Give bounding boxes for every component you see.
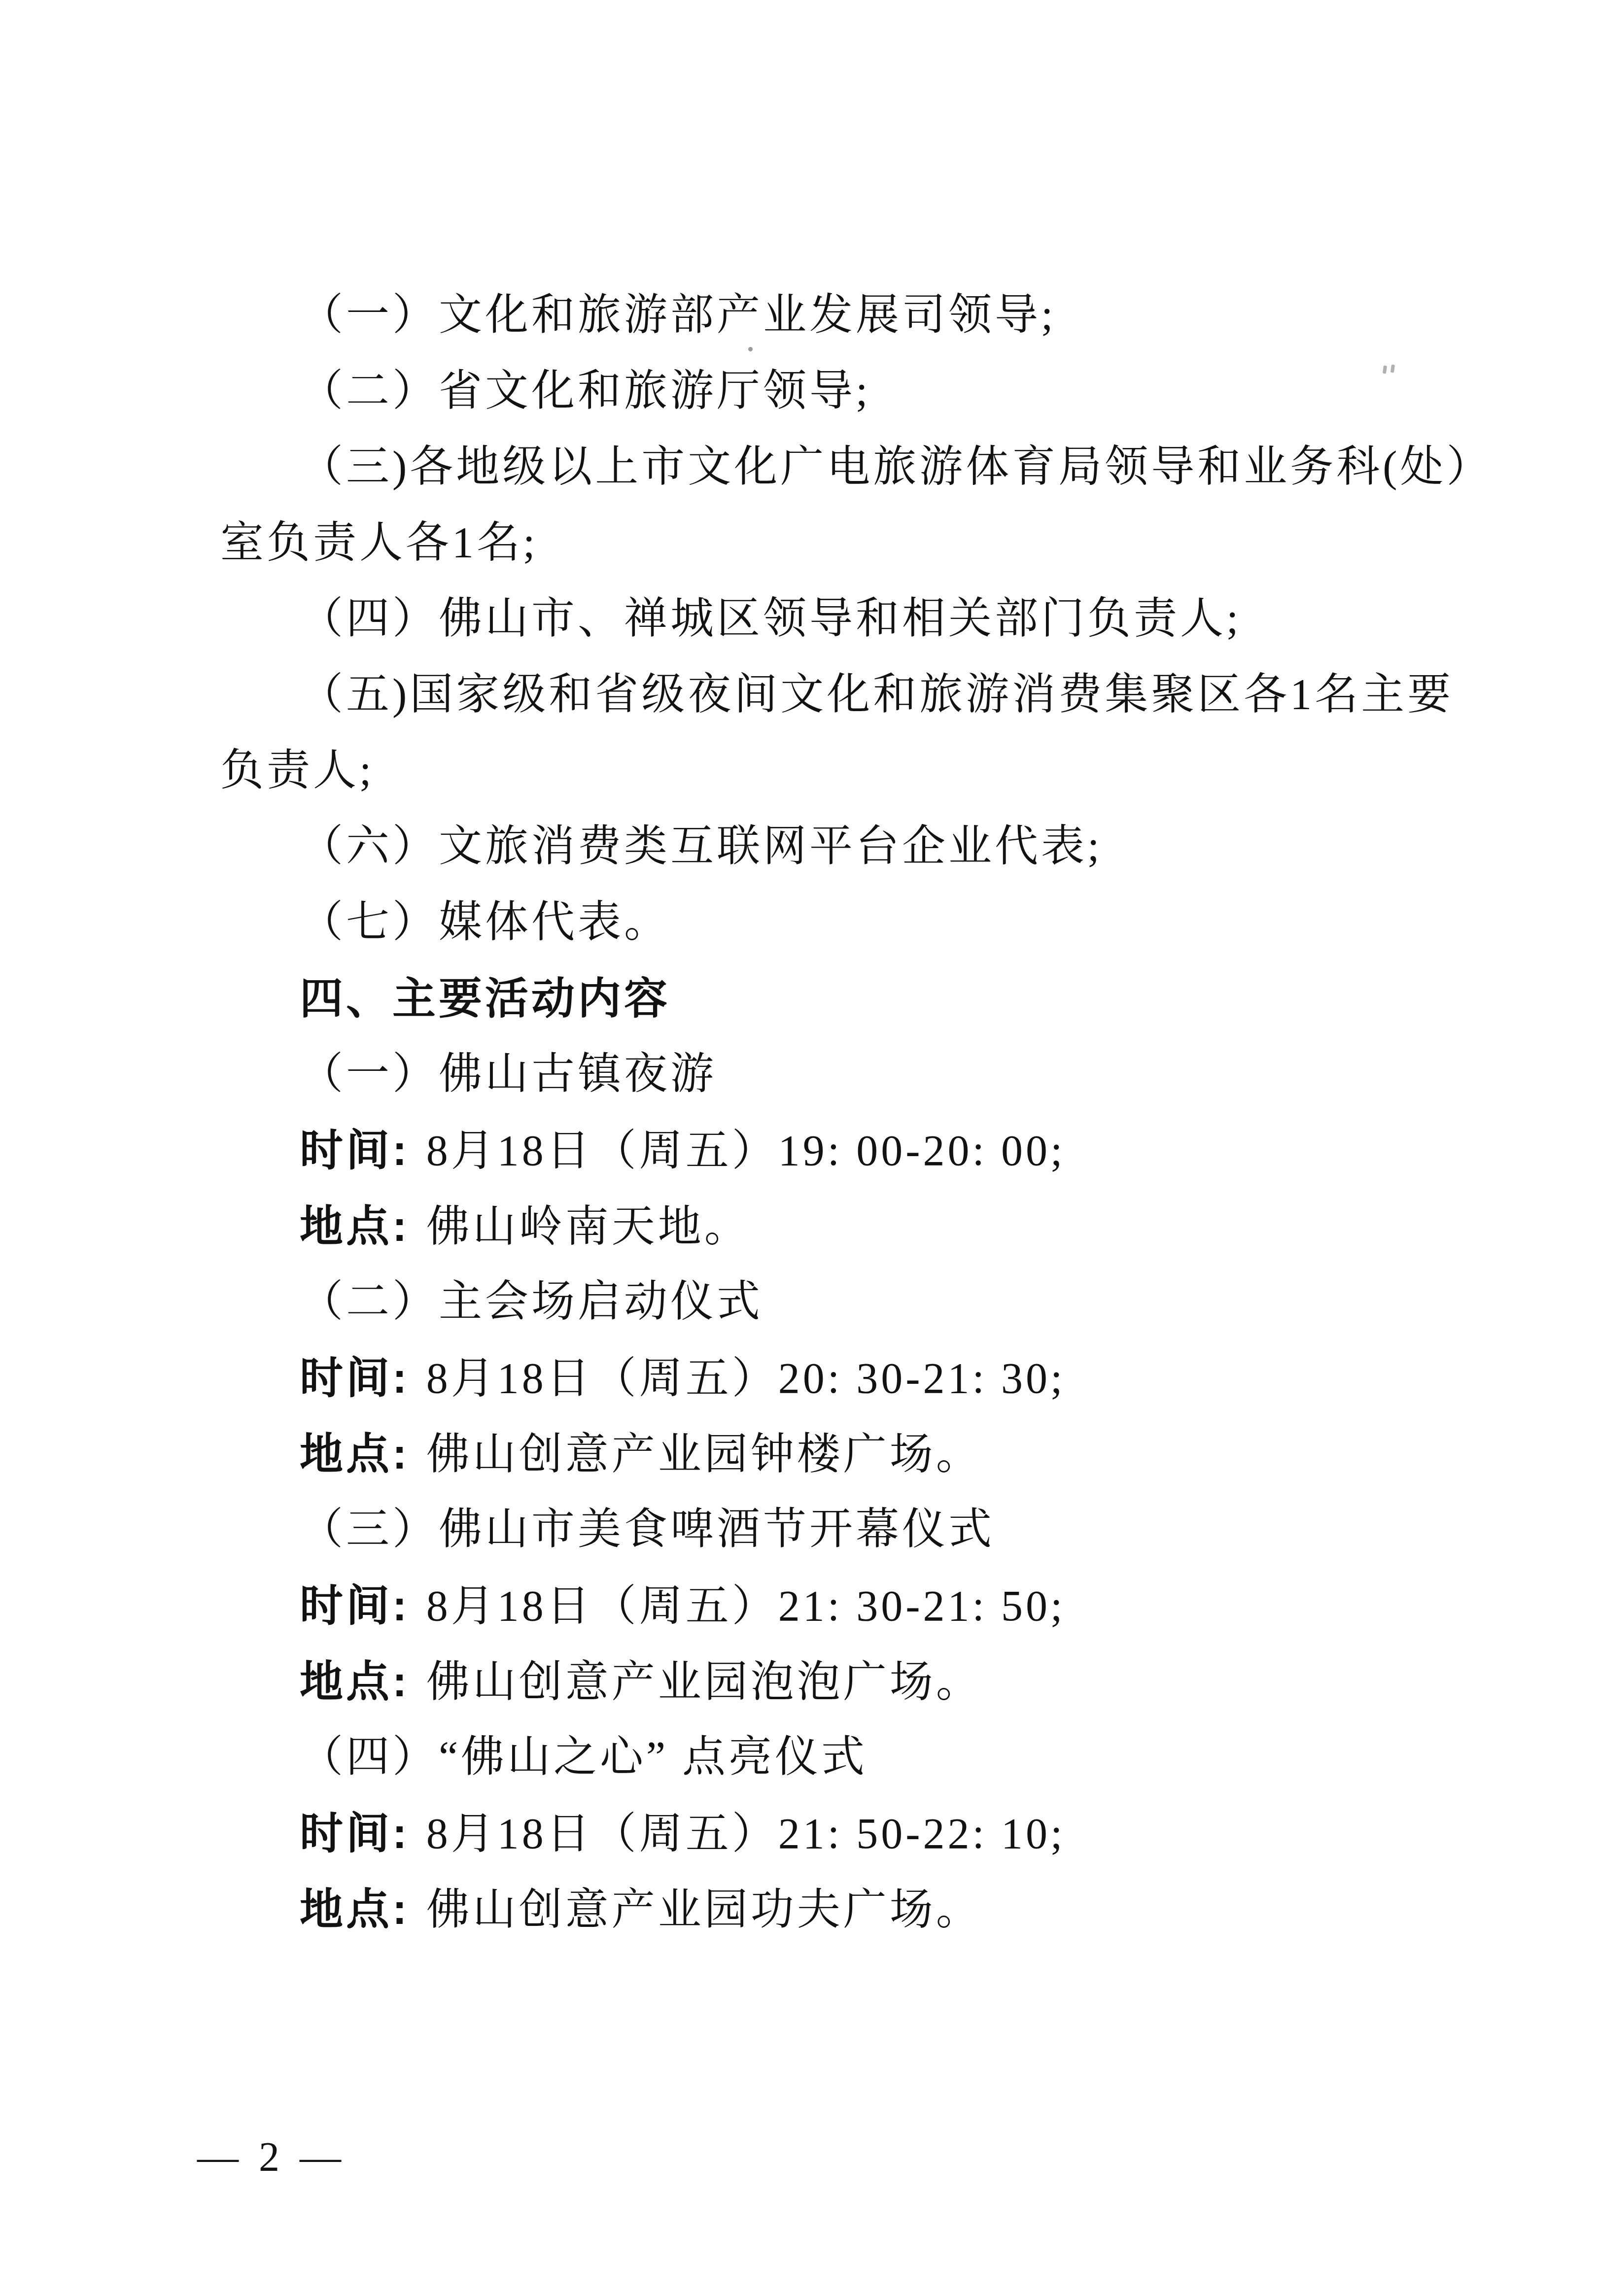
time-label: 时间: [300,1126,410,1174]
event-2-time-line: 时间:8月18日（周五）20: 30-21: 30; [220,1340,1462,1416]
attendee-item-7: （七）媒体代表。 [220,885,1462,960]
attendee-item-3-line-1: （三)各地级以上市文化广电旅游体育局领导和业务科(处） [220,429,1462,505]
event-4-time-value: 8月18日（周五）21: 50-22: 10; [426,1810,1066,1858]
event-1-time-line: 时间:8月18日（周五）19: 00-20: 00; [220,1112,1462,1188]
time-label: 时间: [300,1809,410,1857]
page-number: — 2 — [197,2128,346,2187]
scan-speck [748,347,753,351]
document-page: （一）文化和旅游部产业发展司领导; （二）省文化和旅游厅领导; （三)各地级以上… [0,0,1597,2296]
event-1-place-line: 地点:佛山岭南天地。 [220,1188,1462,1264]
event-4-time-line: 时间:8月18日（周五）21: 50-22: 10; [220,1795,1462,1871]
event-4-title: （四）“佛山之心” 点亮仪式 [220,1719,1462,1795]
attendee-item-6: （六）文旅消费类互联网平台企业代表; [220,809,1462,885]
event-3-time-line: 时间:8月18日（周五）21: 30-21: 50; [220,1568,1462,1644]
event-1-time-value: 8月18日（周五）19: 00-20: 00; [426,1127,1066,1175]
attendee-item-3-line-2: 室负责人各1名; [220,505,1462,581]
event-3-place-line: 地点:佛山创意产业园泡泡广场。 [220,1644,1462,1719]
event-1-place-value: 佛山岭南天地。 [426,1203,751,1251]
time-label: 时间: [300,1581,410,1630]
event-3-title: （三）佛山市美食啤酒节开幕仪式 [220,1492,1462,1568]
event-4-place-value: 佛山创意产业园功夫广场。 [426,1886,982,1934]
attendee-item-4: （四）佛山市、禅城区领导和相关部门负责人; [220,581,1462,657]
attendee-item-1: （一）文化和旅游部产业发展司领导; [220,277,1462,353]
attendee-item-5-line-1: （五)国家级和省级夜间文化和旅游消费集聚区各1名主要 [220,657,1462,733]
place-label: 地点: [300,1885,410,1933]
event-3-time-value: 8月18日（周五）21: 30-21: 50; [426,1582,1066,1630]
section-heading: 四、主要活动内容 [220,960,1462,1036]
document-body: （一）文化和旅游部产业发展司领导; （二）省文化和旅游厅领导; （三)各地级以上… [220,277,1462,1947]
time-label: 时间: [300,1353,410,1402]
attendee-item-2: （二）省文化和旅游厅领导; [220,353,1462,429]
event-2-time-value: 8月18日（周五）20: 30-21: 30; [426,1355,1066,1403]
place-label: 地点: [300,1429,410,1478]
event-2-place-line: 地点:佛山创意产业园钟楼广场。 [220,1416,1462,1492]
place-label: 地点: [300,1201,410,1250]
event-3-place-value: 佛山创意产业园泡泡广场。 [426,1658,982,1706]
event-2-place-value: 佛山创意产业园钟楼广场。 [426,1431,982,1478]
event-4-place-line: 地点:佛山创意产业园功夫广场。 [220,1871,1462,1947]
place-label: 地点: [300,1657,410,1706]
event-1-title: （一）佛山古镇夜游 [220,1036,1462,1112]
event-2-title: （二）主会场启动仪式 [220,1264,1462,1340]
attendee-item-5-line-2: 负责人; [220,733,1462,809]
